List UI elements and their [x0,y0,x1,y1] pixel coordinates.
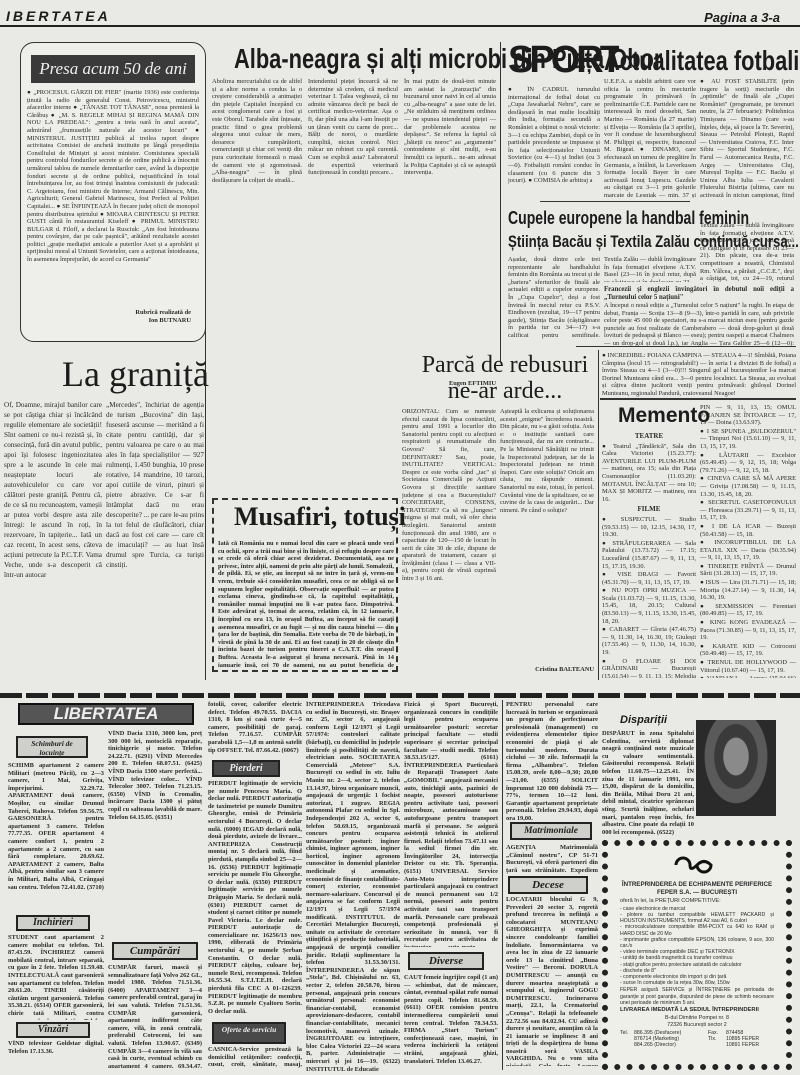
sport-title: Actualitatea fotbalistică [604,46,800,76]
decese-text: LOCATARII blocului G 9, Prevederi 20 sec… [506,896,598,1066]
column-rule [205,120,206,680]
memento-item: ● VANDANA — Aurora (35.04.66) — 9, 11.30… [700,675,796,678]
memento-item: ● CINEVA CARE SĂ MĂ APERE — Grivița (17.… [700,475,796,498]
granita-col2: „Mercedes", închiriat de agenția de turi… [106,400,204,662]
feper-item: - imprimante grafice compatibile EPSON, … [620,937,774,949]
memento-item: ● Teatrul „Țăndărică", Sala din Calea Vi… [602,443,696,504]
alba-col1: Abolirea mercurialului ca de altfel și a… [212,78,302,394]
sport-logo: SPORT [508,40,619,80]
feper-item: - microcalculatoare compatibile IBM-PC/X… [620,924,774,936]
diverse-text: CAUT femeie îngrijire copil (1 an) — sch… [404,974,498,1070]
rebusuri-title: Parcă de rebusuri ne-ar arde... [420,352,590,404]
incredibil-note: ● INCREDIBIL: POIANA CÂMPINA — STEAUA 4—… [602,352,796,398]
memento-item: ● ISUS — Lira (31.71.71) — 15, 18; Miori… [700,579,796,602]
contact-label [620,1042,634,1048]
byline-author: Ion BUTNARU [21,317,191,325]
missing-person-photo [696,720,776,816]
memento-item: ● STRĂFULGERAREA — Sala Palatului (13.73… [602,540,696,570]
contact-label [708,1042,726,1048]
inchirieri-text: STUDENT caut apartament 2 camere mobilat… [8,934,104,1020]
classifieds-divider [0,693,800,698]
memento-col2: PIN — 9, 11, 13, 15; OMUL PĂIANJEN SE ÎN… [700,404,796,678]
handbal-col3: Textila Zalău — dublă învingătoare în fa… [700,222,794,284]
section-rule [540,201,690,202]
vanzari-label: Vînzări [16,1022,90,1038]
presa-banner: Presa acum 50 de ani [31,55,195,83]
pierderi-text: PIERDUT legitimație de serviciu pe numel… [208,780,302,1018]
memento-item: ● O FLOARE ȘI DOI GRĂDINARI — București … [602,658,696,678]
column-rule [598,350,599,680]
feper-title-1: ÎNTREPRINDEREA DE ECHIPAMENTE PERIFERICE [620,881,774,889]
rebusuri-col1: ORIZONTAL: Cum se numește efectul cauzat… [402,408,496,678]
anunturi-angajari-col: ÎNTREPRINDEREA Tricodava cu sediul în Bu… [306,701,400,1071]
memento-item: ● TRENUL DE HOLLYWOOD — Viitorul (10.67.… [700,659,796,674]
memento-item: ● VISE DRAGI — Favorit (45.31.70) — 9, 1… [602,571,696,586]
memento-item: ● SEXMISSION — Ferentari (80.49.85) — 15… [700,603,796,618]
cumparari-text: CUMPĂR faruri, mască și semnalizatoare f… [108,964,202,1068]
section-rule [600,398,796,400]
libertatea-publicitate-banner: LIBERTATEA publicitate [18,703,194,725]
rebusuri-signature: Cristina BALTEANU [500,666,594,674]
alba-col2: Intendentul pieței încearcă să ne determ… [308,78,398,394]
page-number: Pagina a 3-a [704,10,780,25]
column-rule [502,700,503,1070]
oferte-label: Oferte de serviciu [212,1022,286,1044]
section-rule [576,346,796,347]
pierderi-label: Pierderi [212,760,280,777]
vanzari-auto-text: VÎND Dacia 1310, 3000 km, preț 300 000 l… [108,730,202,920]
matrimoniale-text: AGENȚIA Matrimonială „Căminul nostru", C… [506,844,598,874]
decese-label: Decese [508,876,588,894]
pierderi-pre-text: fotolii, covor, calorifer electric defec… [208,701,302,763]
memento-heading: TEATRE [602,433,696,441]
memento-item: PIN — 9, 11, 13, 15; OMUL PĂIANJEN SE ÎN… [700,404,796,427]
granita-col1: Of, Doamne, mirajul banilor care se pot … [4,400,102,662]
sport-col2: U.E.F.A. a stabilit arbitrii care vor of… [604,78,696,198]
memento-item: ● KARATE KID — Cotroceni (50.49.48) — 15… [700,643,796,658]
rebusuri-title-line2: ne-ar arde... [420,378,590,404]
musafiri-body: Iată că România nu e numai locul din car… [218,540,394,668]
sport-col1: ● ÎN CADRUL turneului internațional de f… [508,86,600,198]
memento-heading: FILME [602,506,696,514]
rebusuri-col2: Așteaptă la exlicarea și soluționarea ac… [500,408,594,666]
alba-col3: În mai puțin de două-trei minute am asis… [404,78,496,378]
memento-item: ● TINEREȚE FRÎNTĂ — Drumul Sării (31.28.… [700,563,796,578]
column-rule [500,42,501,362]
contact-value: 10891 FEPER [726,1042,759,1048]
schimburi-text: SCHIMB apartament 2 camere Militari (met… [8,762,104,912]
memento-item: ● KING KONG EVADEAZĂ — Pacea (71.30.85) … [700,619,796,642]
memento-item: ● LĂUTARII — Excelsior (65.49.45) — 9, 1… [700,452,796,475]
feper-service: FEPER asigură SERVICE și ÎNTREȚINERE pe … [620,987,774,1006]
memento-item: ● SUSPECTUL — Studio (59.53.15) — 10, 12… [602,516,696,539]
disparitii-text: DISPĂRUT în zona Spitalului Colentina, s… [602,730,694,840]
masthead-rule [0,25,800,27]
rugby-body: A început o nouă ediție a „Turneului cel… [604,302,794,348]
feper-delivery: LIVRAREA IMEDIATĂ LA SEDIUL ÎNTREPRINDER… [620,1007,774,1015]
matrimoniale-label: Matrimoniale [510,822,592,840]
granita-title: La graniță [62,354,209,394]
inchirieri-label: Închirieri [16,915,90,931]
feper-advertisement: ÎNTREPRINDEREA DE ECHIPAMENTE PERIFERICE… [602,840,792,1070]
presa-box: Presa acum 50 de ani ● „PROCESUL GĂRZII … [20,42,206,342]
anunturi-angajari-col2: Fizică și Sport București, organizează c… [404,701,498,947]
diverse-label: Diverse [408,952,484,970]
memento-item: ● I SE SPUNEA „BULDOZERUL" — Timpuri Noi… [700,428,796,451]
memento-item: ● I DE LA ICAR — Buzești (50.43.58) — 15… [700,523,796,538]
memento-item: ● SECRETUL CASETOFONULUI — Floreasca (33… [700,499,796,522]
feper-address-1: B-dul Dimitrie Pompei nr. 8 [620,1015,774,1023]
cumparari-label: Cumpărări [112,942,198,960]
memento-item: ● CABARET — Gloria (47.46.75) — 9, 11.30… [602,626,696,656]
memento-item: ● NU POȚI OPRI MUZICA — Scala (11.03.72)… [602,587,696,625]
sport-col3: ● AU FOST STABILITE (prin tragere la sor… [700,78,794,198]
handbal-col2: Textila Zalău — dublă învingătoare în fa… [604,256,696,282]
feper-logo [620,856,774,879]
memento-col1: TEATRE ● Teatrul „Țăndărică", Sala din C… [602,430,696,678]
anunturi-diverse-col: PENTRU personalul care lucrează în turis… [506,701,598,823]
presa-body: ● „PROCESUL GĂRZII DE FIER" (martie 1936… [21,89,205,309]
rugby-title: Francezii și englezii învingători în deb… [604,286,794,301]
byline-label: Rubrică realizată de [21,309,191,317]
vanzari-text: VÎND televizor Goldstar digital. Telefon… [8,1040,104,1058]
feper-contact-row: 884.265 (Director) 10891 FEPER [620,1042,774,1048]
schimburi-label: Schimburi de locuințe [16,736,88,758]
handbal-col1: Așadar, două dintre cele trei reprezenta… [508,256,600,340]
feper-logo-icon [672,856,722,874]
musafiri-title: Musafiri, totuși [234,502,406,532]
memento-item: ● INCORUPTIBILUL DE LA ETAJUL XIX — Daci… [700,539,796,562]
contact-value: 884.265 (Director) [634,1042,708,1048]
disparitii-label: Dispariții [620,714,667,726]
feper-address-2: 72326 București sector 2 [620,1022,774,1030]
newspaper-logo: IBERTATEA [6,8,111,24]
presa-byline: Rubrică realizată de Ion BUTNARU [21,309,205,324]
memento-title: Memento [618,404,710,428]
feper-item: - surse în comutație de la rețea 30w, 80… [620,980,774,986]
feper-item: - plotere cu tambur compatibile HEWLETT … [620,912,774,924]
rebusuri-title-line1: Parcă de rebusuri [420,352,590,378]
feper-intro: oferă în lei, la PREȚURI COMPETITIVE: [620,898,774,906]
feper-title-2: FEPER S.A. — BUCUREȘTI [620,889,774,897]
oferte-text: CASNICA-Service prestează la domiciliul … [208,1046,302,1068]
